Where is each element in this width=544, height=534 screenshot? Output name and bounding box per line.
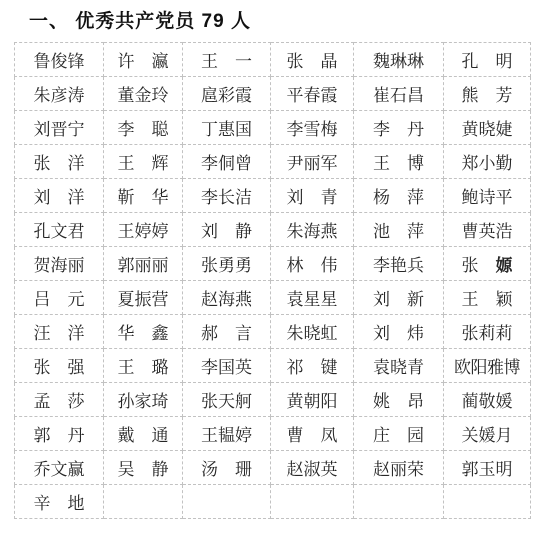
name-cell: 刘 洋 (15, 179, 104, 213)
name-cell (444, 485, 531, 519)
table-row: 孔文君王婷婷刘 静朱海燕池 萍曹英浩 (15, 213, 531, 247)
name-cell: 王 颖 (444, 281, 531, 315)
name-cell: 郝 言 (183, 315, 271, 349)
name-cell: 王韫婷 (183, 417, 271, 451)
name-cell: 孙家琦 (104, 383, 183, 417)
name-cell: 庄 园 (354, 417, 444, 451)
name-cell: 李 聪 (104, 111, 183, 145)
name-cell: 黄朝阳 (271, 383, 354, 417)
name-cell: 张 洋 (15, 145, 104, 179)
name-cell: 刘 青 (271, 179, 354, 213)
name-cell: 袁星星 (271, 281, 354, 315)
name-cell: 吴 静 (104, 451, 183, 485)
name-cell: 吕 元 (15, 281, 104, 315)
name-cell: 张莉莉 (444, 315, 531, 349)
name-cell: 曹 凤 (271, 417, 354, 451)
name-cell: 祁 键 (271, 349, 354, 383)
name-cell: 刘 新 (354, 281, 444, 315)
name-cell: 张 晶 (271, 43, 354, 77)
name-cell: 赵淑英 (271, 451, 354, 485)
name-cell: 丁惠国 (183, 111, 271, 145)
name-cell: 李侗曾 (183, 145, 271, 179)
table-row: 贺海丽郭丽丽张勇勇林 伟李艳兵张 嫄 (15, 247, 531, 281)
name-cell: 姚 昂 (354, 383, 444, 417)
name-cell: 许 瀛 (104, 43, 183, 77)
name-cell: 孔文君 (15, 213, 104, 247)
name-cell (271, 485, 354, 519)
name-cell: 刘 静 (183, 213, 271, 247)
name-cell: 赵丽荣 (354, 451, 444, 485)
name-table-body: 鲁俊锋许 瀛王 一张 晶魏琳琳孔 明朱彦涛董金玲扈彩霞平春霞崔石昌熊 芳刘晋宁李… (15, 43, 531, 519)
name-cell: 贺海丽 (15, 247, 104, 281)
name-cell: 王 一 (183, 43, 271, 77)
name-cell: 张天舸 (183, 383, 271, 417)
table-row: 吕 元夏振营赵海燕袁星星刘 新王 颖 (15, 281, 531, 315)
bold-glyph: 嫄 (496, 256, 513, 275)
table-row: 辛 地 (15, 485, 531, 519)
name-cell: 夏振营 (104, 281, 183, 315)
name-cell: 张勇勇 (183, 247, 271, 281)
name-cell: 曹英浩 (444, 213, 531, 247)
name-cell (354, 485, 444, 519)
table-row: 朱彦涛董金玲扈彩霞平春霞崔石昌熊 芳 (15, 77, 531, 111)
name-cell: 汪 洋 (15, 315, 104, 349)
name-cell (104, 485, 183, 519)
name-cell: 辛 地 (15, 485, 104, 519)
name-cell: 鲍诗平 (444, 179, 531, 213)
name-cell: 王 璐 (104, 349, 183, 383)
name-cell: 欧阳雅博 (444, 349, 531, 383)
name-cell: 董金玲 (104, 77, 183, 111)
name-cell: 靳 华 (104, 179, 183, 213)
table-row: 孟 莎孙家琦张天舸黄朝阳姚 昂蔺敬媛 (15, 383, 531, 417)
name-cell: 崔石昌 (354, 77, 444, 111)
name-cell: 刘 炜 (354, 315, 444, 349)
name-cell: 王 辉 (104, 145, 183, 179)
name-cell: 戴 通 (104, 417, 183, 451)
name-cell: 郭玉明 (444, 451, 531, 485)
name-cell: 扈彩霞 (183, 77, 271, 111)
name-cell: 李艳兵 (354, 247, 444, 281)
document-title: 一、 优秀共产党员 79 人 (29, 6, 251, 33)
name-cell: 杨 萍 (354, 179, 444, 213)
table-row: 刘 洋靳 华李长洁刘 青杨 萍鲍诗平 (15, 179, 531, 213)
name-cell: 郭 丹 (15, 417, 104, 451)
table-row: 鲁俊锋许 瀛王 一张 晶魏琳琳孔 明 (15, 43, 531, 77)
name-cell: 孔 明 (444, 43, 531, 77)
table-row: 乔文赢吴 静汤 珊赵淑英赵丽荣郭玉明 (15, 451, 531, 485)
table-row: 郭 丹戴 通王韫婷曹 凤庄 园关媛月 (15, 417, 531, 451)
name-cell (183, 485, 271, 519)
members-name-table: 鲁俊锋许 瀛王 一张 晶魏琳琳孔 明朱彦涛董金玲扈彩霞平春霞崔石昌熊 芳刘晋宁李… (14, 42, 531, 519)
name-cell: 熊 芳 (444, 77, 531, 111)
table-row: 张 强王 璐李国英祁 键袁晓青欧阳雅博 (15, 349, 531, 383)
name-cell: 朱海燕 (271, 213, 354, 247)
name-cell: 李长洁 (183, 179, 271, 213)
name-cell: 魏琳琳 (354, 43, 444, 77)
table-row: 刘晋宁李 聪丁惠国李雪梅李 丹黄晓婕 (15, 111, 531, 145)
document-page: 一、 优秀共产党员 79 人 鲁俊锋许 瀛王 一张 晶魏琳琳孔 明朱彦涛董金玲扈… (0, 0, 544, 534)
name-cell: 张 嫄 (444, 247, 531, 281)
table-row: 汪 洋华 鑫郝 言朱晓虹刘 炜张莉莉 (15, 315, 531, 349)
name-cell: 孟 莎 (15, 383, 104, 417)
name-cell: 王 博 (354, 145, 444, 179)
name-cell: 郑小勤 (444, 145, 531, 179)
name-cell: 李雪梅 (271, 111, 354, 145)
name-cell: 朱彦涛 (15, 77, 104, 111)
name-cell: 赵海燕 (183, 281, 271, 315)
name-cell: 李国英 (183, 349, 271, 383)
name-cell: 李 丹 (354, 111, 444, 145)
name-cell: 郭丽丽 (104, 247, 183, 281)
name-cell: 袁晓青 (354, 349, 444, 383)
name-cell: 平春霞 (271, 77, 354, 111)
name-cell: 华 鑫 (104, 315, 183, 349)
name-cell: 林 伟 (271, 247, 354, 281)
name-cell: 黄晓婕 (444, 111, 531, 145)
name-cell: 朱晓虹 (271, 315, 354, 349)
name-cell: 鲁俊锋 (15, 43, 104, 77)
name-cell: 关媛月 (444, 417, 531, 451)
name-cell: 王婷婷 (104, 213, 183, 247)
table-row: 张 洋王 辉李侗曾尹丽军王 博郑小勤 (15, 145, 531, 179)
name-cell: 汤 珊 (183, 451, 271, 485)
name-cell: 蔺敬媛 (444, 383, 531, 417)
name-cell: 张 强 (15, 349, 104, 383)
name-cell: 乔文赢 (15, 451, 104, 485)
name-cell: 尹丽军 (271, 145, 354, 179)
name-cell: 池 萍 (354, 213, 444, 247)
name-cell: 刘晋宁 (15, 111, 104, 145)
